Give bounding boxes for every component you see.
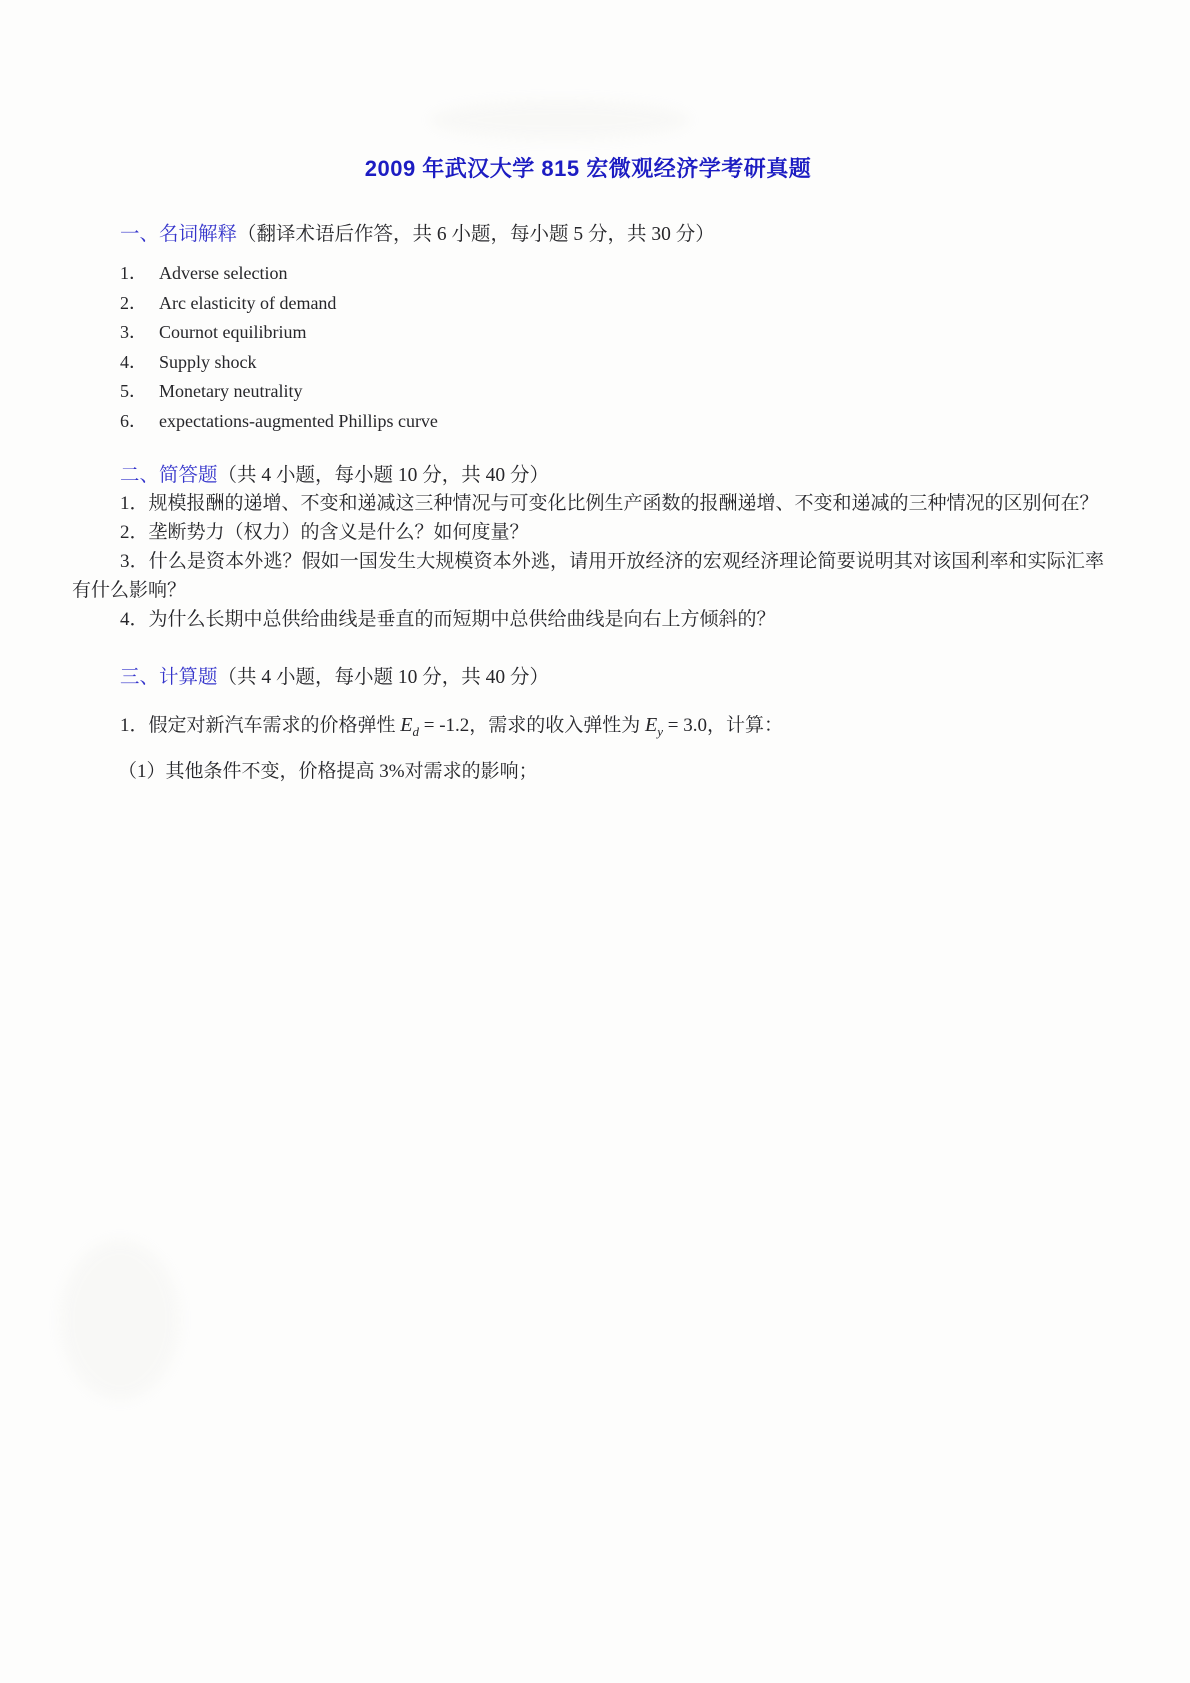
list-item: 1．Adverse selection [120, 259, 1104, 289]
section2-label: 二、简答题 [120, 465, 218, 486]
list-item: 2．Arc elasticity of demand [120, 289, 1104, 319]
section1-meta: （翻译术语后作答，共 6 小题，每小题 5 分，共 30 分） [237, 224, 715, 245]
list-item: 6．expectations-augmented Phillips curve [120, 407, 1104, 437]
item-number: 1． [120, 259, 147, 289]
section1-label: 一、名词解释 [120, 224, 237, 245]
term-list: 1．Adverse selection 2．Arc elasticity of … [72, 259, 1104, 436]
calc-question-1: 1．假定对新汽车需求的价格弹性 Ed = -1.2，需求的收入弹性为 Ey = … [72, 710, 1104, 741]
question-paragraph: 1．规模报酬的递增、不变和递减这三种情况与可变化比例生产函数的报酬递增、不变和递… [72, 489, 1104, 518]
elasticity-variable: E [400, 714, 412, 736]
document-content: 2009 年武汉大学 815 宏微观经济学考研真题 一、名词解释（翻译术语后作答… [72, 0, 1104, 786]
item-number: 6． [120, 407, 147, 437]
section2-header: 二、简答题（共 4 小题，每小题 10 分，共 40 分） [72, 462, 1104, 489]
calc-question-1-part-1: （1）其他条件不变，价格提高 3%对需求的影响； [72, 757, 1104, 786]
item-text: Adverse selection [159, 263, 287, 283]
item-number: 3． [120, 318, 147, 348]
document-page: 2009 年武汉大学 815 宏微观经济学考研真题 一、名词解释（翻译术语后作答… [0, 0, 1190, 1683]
item-text: Monetary neutrality [159, 381, 302, 401]
list-item: 3．Cournot equilibrium [120, 318, 1104, 348]
formula-text: = -1.2，需求的收入弹性为 [419, 715, 645, 736]
item-text: Cournot equilibrium [159, 322, 307, 342]
section2-meta: （共 4 小题，每小题 10 分，共 40 分） [218, 465, 550, 486]
section3-label: 三、计算题 [120, 667, 218, 688]
scan-smudge [60, 1240, 180, 1400]
item-number: 2． [120, 289, 147, 319]
item-text: Supply shock [159, 352, 257, 372]
question-paragraph: 2．垄断势力（权力）的含义是什么？如何度量？ [72, 518, 1104, 547]
item-text: Arc elasticity of demand [159, 293, 336, 313]
list-item: 4．Supply shock [120, 348, 1104, 378]
list-item: 5．Monetary neutrality [120, 377, 1104, 407]
question-paragraph: 4．为什么长期中总供给曲线是垂直的而短期中总供给曲线是向右上方倾斜的？ [72, 605, 1104, 634]
question-paragraph: 3．什么是资本外逃？假如一国发生大规模资本外逃，请用开放经济的宏观经济理论简要说… [72, 547, 1104, 605]
section1-header: 一、名词解释（翻译术语后作答，共 6 小题，每小题 5 分，共 30 分） [72, 221, 1104, 248]
formula-text: 1．假定对新汽车需求的价格弹性 [120, 715, 400, 736]
page-title: 2009 年武汉大学 815 宏微观经济学考研真题 [72, 155, 1104, 182]
elasticity-variable: E [645, 714, 657, 736]
item-text: expectations-augmented Phillips curve [159, 411, 438, 431]
formula-text: = 3.0，计算： [663, 715, 783, 736]
item-number: 5． [120, 377, 147, 407]
section3-header: 三、计算题（共 4 小题，每小题 10 分，共 40 分） [72, 664, 1104, 691]
item-number: 4． [120, 348, 147, 378]
section3-meta: （共 4 小题，每小题 10 分，共 40 分） [218, 667, 550, 688]
